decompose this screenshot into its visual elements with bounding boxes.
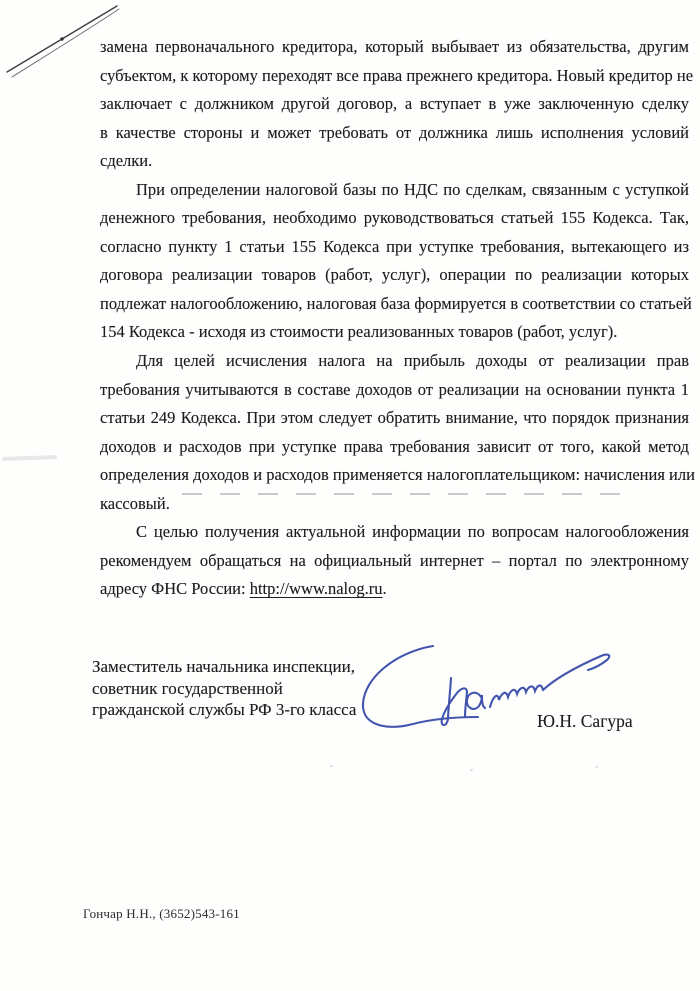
- url-line-prefix: адресу ФНС России:: [100, 579, 250, 598]
- text-line: заключает с должником другой договор, а …: [100, 90, 689, 119]
- signoff-line: Заместитель начальника инспекции,: [92, 656, 372, 678]
- text-line: доходов и расходов при уступке права тре…: [100, 433, 689, 462]
- signoff-line: советник государственной: [92, 678, 372, 700]
- letter-body: замена первоначального кредитора, которы…: [100, 33, 689, 604]
- text-line: требования учитываются в составе доходов…: [100, 376, 689, 405]
- scan-speck: [470, 769, 473, 771]
- text-line: договора реализации товаров (работ, услу…: [100, 261, 689, 290]
- text-line: рекомендуем обращаться на официальный ин…: [100, 547, 689, 576]
- text-line: замена первоначального кредитора, которы…: [100, 33, 689, 62]
- scanned-letter-page: замена первоначального кредитора, которы…: [0, 0, 700, 991]
- text-line: сделки.: [100, 147, 689, 176]
- text-line: С целью получения актуальной информации …: [100, 518, 689, 547]
- executor-contact: Гончар Н.Н., (3652)543-161: [83, 906, 240, 922]
- text-line: Для целей исчисления налога на прибыль д…: [100, 347, 689, 376]
- scan-speck: [330, 765, 333, 767]
- faint-strike-artifact: [182, 493, 634, 495]
- scan-smudge: [2, 455, 57, 461]
- scan-speck: [595, 766, 598, 768]
- signoff-block: Заместитель начальника инспекции, советн…: [92, 656, 372, 721]
- signer-name: Ю.Н. Сагура: [537, 711, 633, 732]
- url-line-suffix: .: [382, 579, 386, 598]
- text-line: денежного требования, необходимо руковод…: [100, 204, 689, 233]
- text-line: 154 Кодекса - исходя из стоимости реализ…: [100, 318, 689, 347]
- text-line: статьи 249 Кодекса. При этом следует обр…: [100, 404, 689, 433]
- text-line: адресу ФНС России: http://www.nalog.ru.: [100, 575, 689, 604]
- text-line: субъектом, к которому переходят все прав…: [100, 62, 689, 91]
- text-line: При определении налоговой базы по НДС по…: [100, 176, 689, 205]
- nalog-url-text: http://www.nalog.ru: [250, 579, 383, 598]
- text-line: в качестве стороны и может требовать от …: [100, 119, 689, 148]
- text-line: согласно пункту 1 статьи 155 Кодекса при…: [100, 233, 689, 262]
- text-line: определения доходов и расходов применяет…: [100, 461, 689, 490]
- signoff-line: гражданской службы РФ 3-го класса: [92, 699, 372, 721]
- text-line: подлежат налогообложению, налоговая база…: [100, 290, 689, 319]
